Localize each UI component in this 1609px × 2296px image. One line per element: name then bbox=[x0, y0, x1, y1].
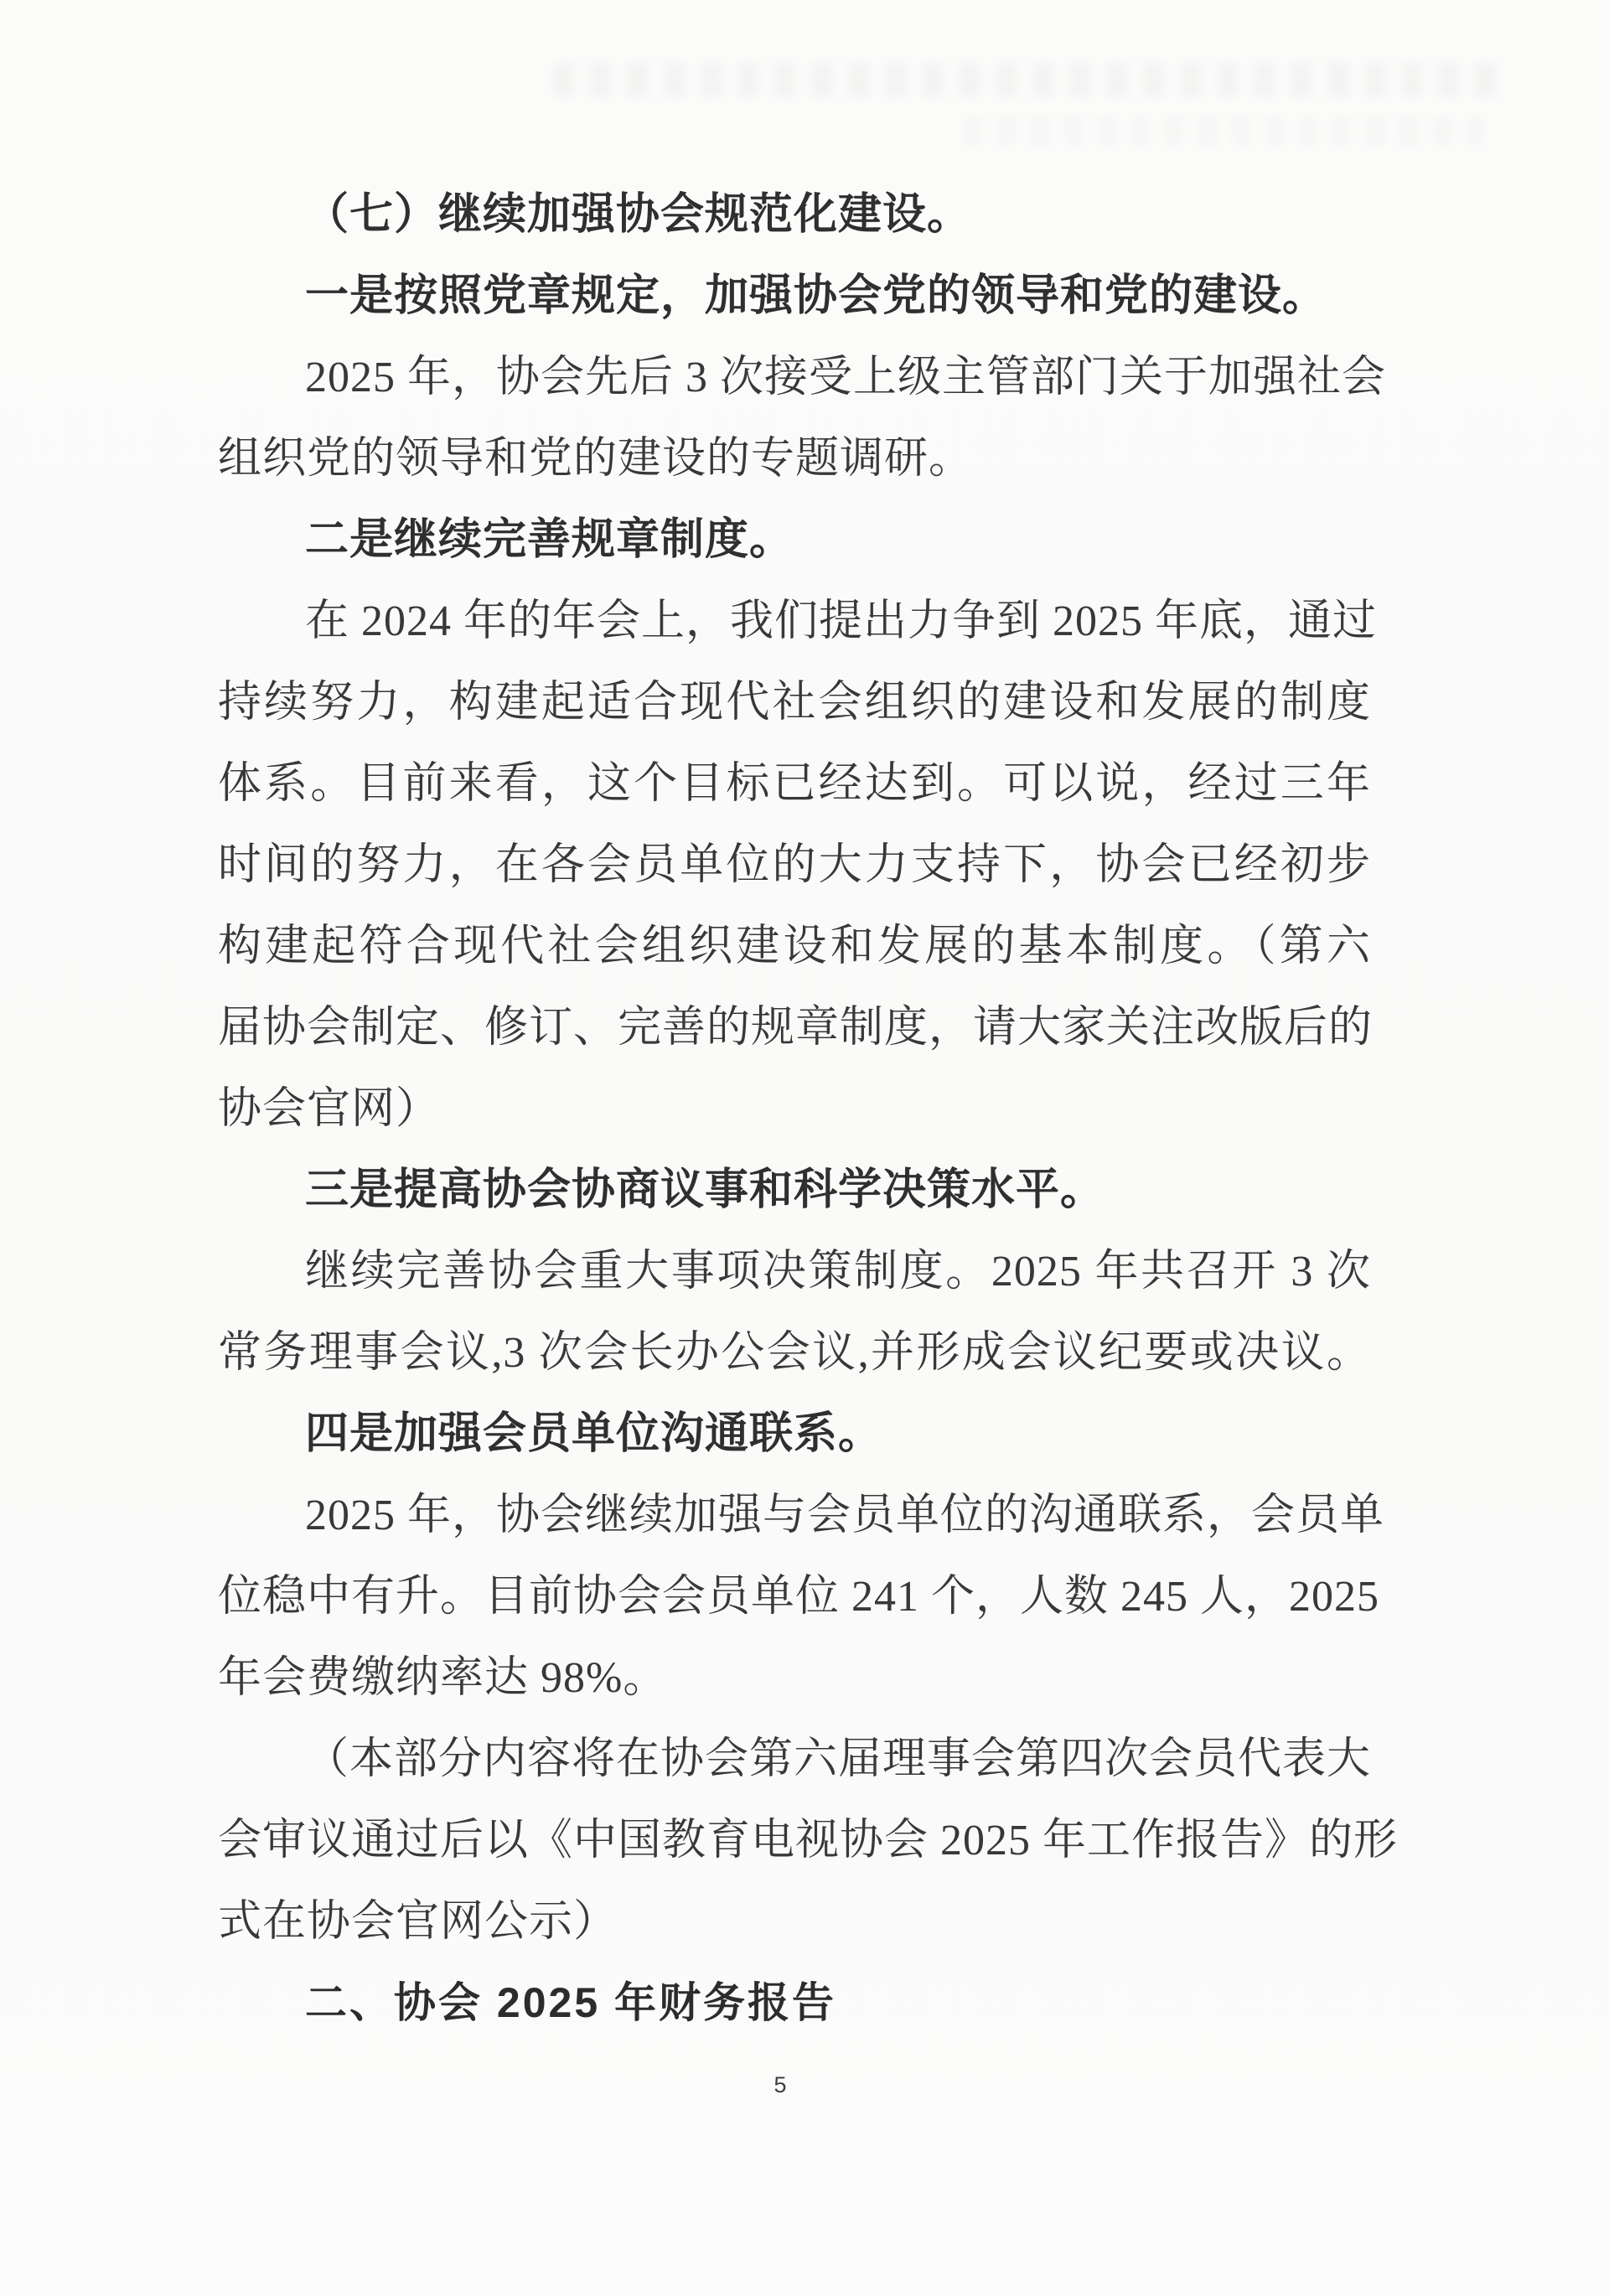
heading-line: （七）继续加强协会规范化建设。 bbox=[218, 174, 1371, 256]
subhead-line: 二是继续完善规章制度。 bbox=[218, 499, 1371, 581]
body-text-line: 年会费缴纳率达 98%。 bbox=[218, 1637, 1371, 1719]
scan-bleed-artifact bbox=[553, 62, 1500, 97]
body-text-line: 体系。目前来看，这个目标已经达到。可以说，经过三年 bbox=[218, 743, 1371, 825]
body-text-line: 式在协会官网公示） bbox=[218, 1881, 1371, 1962]
body-text-line: 时间的努力，在各会员单位的大力支持下，协会已经初步 bbox=[218, 825, 1371, 906]
body-text-line: 继续完善协会重大事项决策制度。2025 年共召开 3 次 bbox=[218, 1231, 1371, 1312]
body-text-line: 会审议通过后以《中国教育电视协会 2025 年工作报告》的形 bbox=[218, 1800, 1371, 1881]
body-text-line: 组织党的领导和党的建设的专题调研。 bbox=[218, 418, 1371, 499]
body-text-line: 2025 年，协会继续加强与会员单位的沟通联系，会员单 bbox=[218, 1475, 1371, 1556]
body-text-line: 协会官网） bbox=[218, 1068, 1371, 1150]
subhead-line: 四是加强会员单位沟通联系。 bbox=[218, 1394, 1371, 1475]
body-text-line: 在 2024 年的年会上，我们提出力争到 2025 年底，通过 bbox=[218, 581, 1371, 662]
scan-bleed-artifact bbox=[964, 116, 1483, 146]
subhead-line: 三是提高协会协商议事和科学决策水平。 bbox=[218, 1150, 1371, 1231]
body-text-line: 常务理事会议,3 次会长办公会议,并形成会议纪要或决议。 bbox=[218, 1312, 1371, 1394]
page-number: 5 bbox=[0, 2068, 1560, 2102]
text-block: （七）继续加强协会规范化建设。一是按照党章规定，加强协会党的领导和党的建设。20… bbox=[218, 174, 1371, 2044]
body-text-line: 位稳中有升。目前协会会员单位 241 个，人数 245 人，2025 bbox=[218, 1556, 1371, 1637]
body-text-line: 届协会制定、修订、完善的规章制度，请大家关注改版后的 bbox=[218, 987, 1371, 1068]
chapter-line: 二、协会 2025 年财务报告 bbox=[218, 1962, 1371, 2044]
scanned-document-page: （七）继续加强协会规范化建设。一是按照党章规定，加强协会党的领导和党的建设。20… bbox=[0, 0, 1609, 2296]
body-text-line: 构建起符合现代社会组织建设和发展的基本制度。（第六 bbox=[218, 906, 1371, 987]
subhead-line: 一是按照党章规定，加强协会党的领导和党的建设。 bbox=[218, 256, 1371, 337]
body-text-line: 持续努力，构建起适合现代社会组织的建设和发展的制度 bbox=[218, 662, 1371, 743]
body-text-line: 2025 年，协会先后 3 次接受上级主管部门关于加强社会 bbox=[218, 337, 1371, 418]
body-text-line: （本部分内容将在协会第六届理事会第四次会员代表大 bbox=[218, 1719, 1371, 1800]
